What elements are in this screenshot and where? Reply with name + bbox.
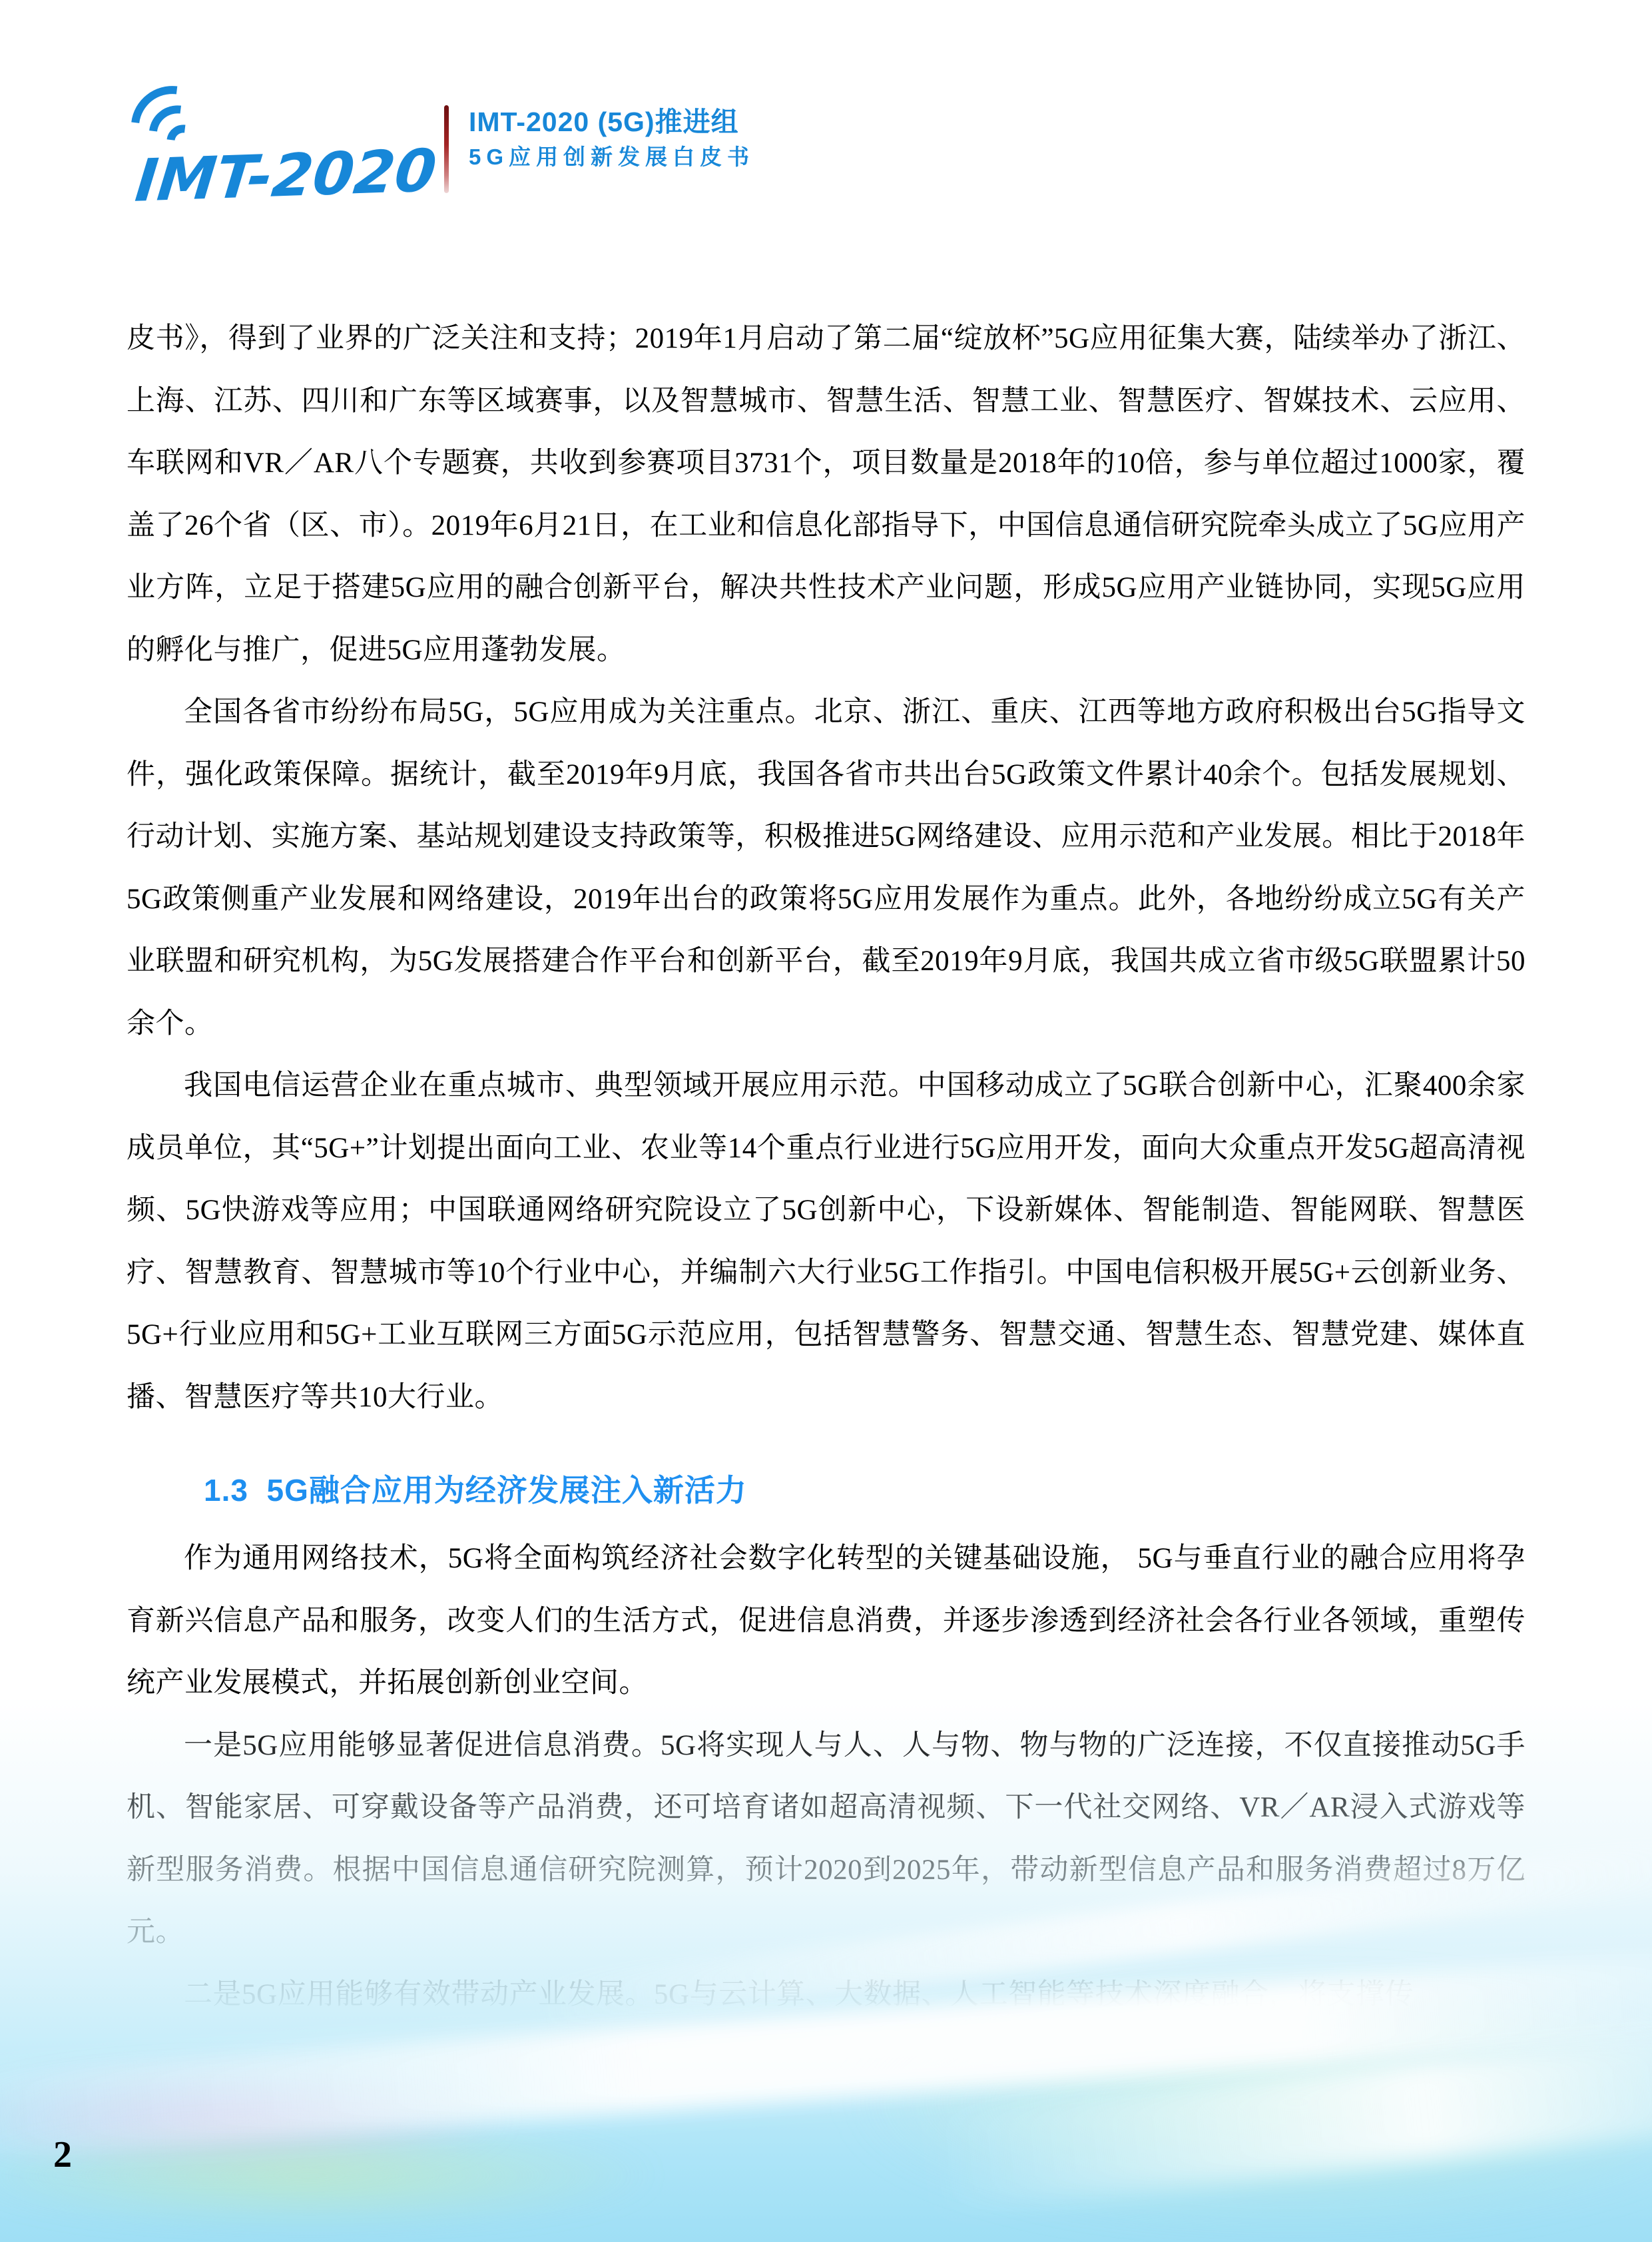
paragraph-6: 二是5G应用能够有效带动产业发展。5G与云计算、大数据、人工智能等技术深度融合，…	[127, 1964, 1525, 2026]
paragraph-3: 我国电信运营企业在重点城市、典型领域开展应用示范。中国移动成立了5G联合创新中心…	[127, 1055, 1525, 1428]
paragraph-2: 全国各省市纷纷布局5G，5G应用成为关注重点。北京、浙江、重庆、江西等地方政府积…	[127, 681, 1525, 1055]
page-header: IMT-2020 IMT-2020 (5G)推进组 5G应用创新发展白皮书	[137, 85, 754, 222]
org-title-block: IMT-2020 (5G)推进组 5G应用创新发展白皮书	[469, 85, 754, 170]
document-page: IMT-2020 IMT-2020 (5G)推进组 5G应用创新发展白皮书 皮书…	[0, 0, 1652, 2242]
document-body: 皮书》，得到了业界的广泛关注和支持；2019年1月启动了第二届“绽放杯”5G应用…	[127, 308, 1525, 2026]
paragraph-1: 皮书》，得到了业界的广泛关注和支持；2019年1月启动了第二届“绽放杯”5G应用…	[127, 308, 1525, 681]
wave-white-streak-lower	[924, 2026, 1652, 2212]
page-number: 2	[53, 2136, 72, 2173]
paragraph-5: 一是5G应用能够显著促进信息消费。5G将实现人与人、人与物、物与物的广泛连接，不…	[127, 1715, 1525, 1964]
logo-wordmark: IMT-2020	[133, 141, 439, 210]
paragraph-4: 作为通用网络技术，5G将全面构筑经济社会数字化转型的关键基础设施， 5G与垂直行…	[127, 1528, 1525, 1715]
whitepaper-title: 5G应用创新发展白皮书	[469, 144, 754, 170]
org-name: IMT-2020 (5G)推进组	[469, 107, 754, 138]
header-divider-line	[444, 105, 449, 193]
section-heading-1-3: 1.3 5G融合应用为经济发展注入新活力	[204, 1459, 1525, 1522]
wave-green-highlight	[0, 2125, 659, 2225]
wave-pink-highlight	[0, 2066, 513, 2172]
imt2020-logo: IMT-2020	[137, 85, 437, 222]
